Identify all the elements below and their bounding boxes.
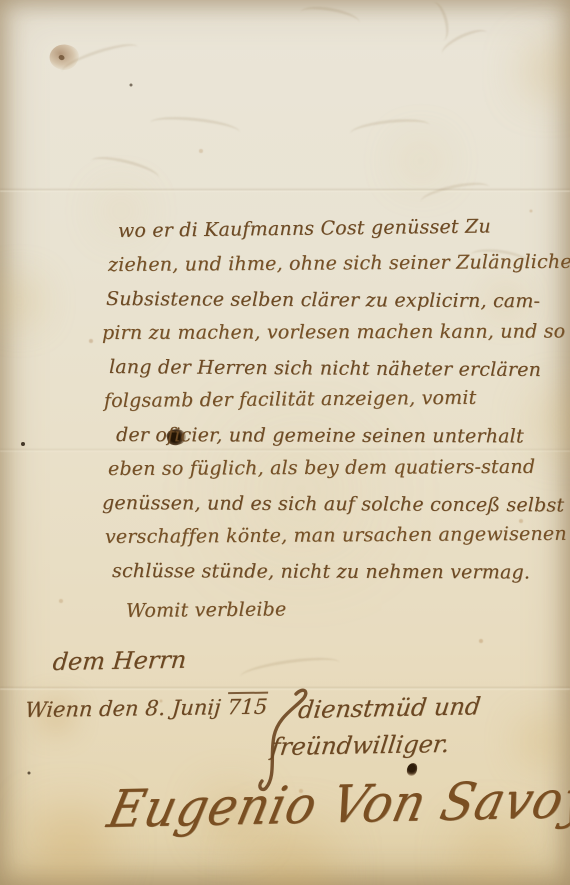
closing-formula-line-1: dienstmüd und (297, 692, 482, 724)
ink-showthrough-mark (89, 152, 162, 187)
letter-body: wo er di Kaufmanns Cost genüsset Zu zieh… (102, 220, 570, 634)
ink-showthrough-mark (349, 116, 431, 143)
manuscript-line: Subsistence selben clärer zu explicirn, … (106, 288, 570, 325)
closing-formula-line-2: freündwilliger. (270, 730, 452, 761)
ink-showthrough-mark (149, 113, 240, 141)
ink-showthrough-mark (299, 3, 361, 32)
manuscript-line: wo er di Kaufmanns Cost genüsset Zu (118, 214, 570, 254)
place-and-date: Wienn den 8. Junij 715 (24, 695, 268, 722)
place-date-text: Wienn den 8. Junij (24, 695, 228, 722)
manuscript-line: eben so füglich, als bey dem quatiers-st… (108, 456, 570, 492)
salutation: dem Herrn (52, 646, 188, 676)
manuscript-line: schlüsse stünde, nicht zu nehmen vermag. (112, 560, 570, 596)
signature-eugenio-von-savoy: Eugenio Von Savoy (102, 770, 570, 840)
manuscript-line: pirn zu machen, vorlesen machen kann, un… (102, 320, 570, 356)
manuscript-letter-photo: wo er di Kaufmanns Cost genüsset Zu zieh… (0, 0, 570, 885)
manuscript-line: verschaffen könte, man ursachen angewise… (105, 523, 570, 560)
ink-showthrough-mark (419, 178, 491, 211)
manuscript-line: folgsamb der facilität anzeigen, vomit (104, 386, 570, 424)
foxing-specks (0, 0, 2, 2)
ink-showthrough-mark (424, 0, 453, 43)
ink-showthrough-mark (239, 653, 341, 686)
manuscript-closing-phrase: Womit verbleibe (126, 595, 570, 634)
manuscript-line: ziehen, und ihme, ohne sich seiner Zulän… (108, 251, 570, 288)
manuscript-line: der oficier, und gemeine seinen unterhal… (116, 424, 570, 460)
